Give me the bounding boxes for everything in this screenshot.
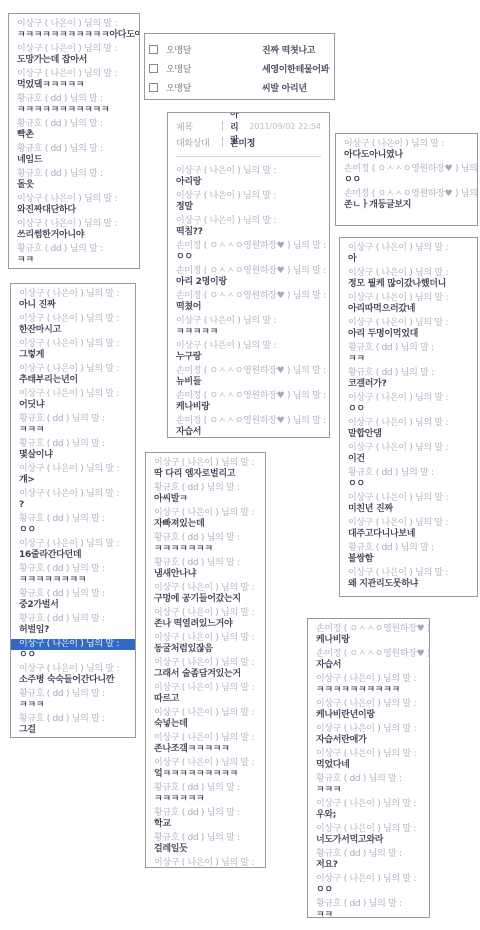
message-text: 대주고다니나보네 bbox=[348, 529, 469, 540]
message: 손미정 ( ㅇㅅㅅㅇ영원하장♥ ) 님의 말 :자습서 bbox=[176, 416, 321, 438]
message-text: ㅋㅋㅋ bbox=[19, 700, 127, 711]
message-author: 이상구 ( 나은이 ) 님의 말 : bbox=[348, 268, 469, 279]
message-author: 이상구 ( 나은이 ) 님의 말 : bbox=[19, 389, 127, 400]
message-author: 이상구 ( 나은이 ) 님의 말 : bbox=[154, 633, 257, 644]
message-author: 손미정 ( ㅇㅅㅅㅇ영원하장♥ ) 님의 말 : bbox=[176, 416, 321, 427]
message: 황규호 ( dd ) 님의 말 :걸레일듯 bbox=[154, 833, 257, 855]
message: 황규호 ( dd ) 님의 말 :ㅋㅋㅋ bbox=[19, 689, 127, 711]
message-author: 이상구 ( 나은이 ) 님의 말 : bbox=[17, 194, 131, 205]
message-author: 이상구 ( 나은이 ) 님의 말 : bbox=[19, 664, 127, 675]
message-author: 황규호 ( dd ) 님의 말 : bbox=[348, 343, 469, 354]
message-author: 황규호 ( dd ) 님의 말 : bbox=[19, 589, 127, 600]
memo-author: 오맹달 bbox=[166, 81, 262, 94]
message-author: 이상구 ( 나은이 ) 님의 말 : bbox=[176, 166, 321, 177]
message-author: 황규호 ( dd ) 님의 말 : bbox=[154, 483, 257, 494]
message-author: 이상구 ( 나은이 ) 님의 말 : bbox=[348, 518, 469, 529]
message: 이상구 ( 나은이 ) 님의 말 :도망가는데 잡아서 bbox=[17, 44, 131, 66]
message-text: 정모 뭘케 많이갔나했더니 bbox=[348, 279, 469, 290]
message: 손미정 ( ㅇㅅㅅㅇ영원하장♥ ) 님의 말 :케나비랑 bbox=[316, 624, 421, 646]
message-text: 따르고 bbox=[154, 694, 257, 705]
message-author: 황규호 ( dd ) 님의 말 : bbox=[348, 543, 469, 554]
message: 이상구 ( 나은이 ) 님의 말 :16줄라간다던데 bbox=[19, 539, 127, 561]
message-text: 와진짜대단하다 bbox=[17, 205, 131, 216]
message-text: 학교 bbox=[154, 819, 257, 830]
chat-window-panel: 제목 아리랑 2011/09/02 22:54 대화상대 손미정 이상구 ( 나… bbox=[167, 112, 330, 438]
message-text: 우와; bbox=[316, 810, 421, 821]
message-text: 허벌임? bbox=[19, 625, 127, 636]
message: 이상구 ( 나은이 ) 님의 말 :ㅋㅋㅋㅋㅋ bbox=[176, 316, 321, 338]
message: 이상구 ( 나은이 ) 님의 말 :구멍에 공기들어갔는지 bbox=[154, 583, 257, 605]
message: 황규호 ( dd ) 님의 말 :몇살이냐 bbox=[19, 439, 127, 461]
message-author: 황규호 ( dd ) 님의 말 : bbox=[316, 849, 421, 860]
message-text: 아리따먹으러갔네 bbox=[348, 304, 469, 315]
message: 이상구 ( 나은이 ) 님의 말 :ㅇㅇ bbox=[348, 393, 469, 415]
message-text: 저요? bbox=[316, 860, 421, 871]
message-text: ㅋㅋㅋㅋㅋㅋㅋㅋㅋㅋㅋ아다도아니였고 bbox=[17, 30, 131, 41]
memo-text: 세영이한테물어봐 bbox=[262, 62, 329, 75]
chat-log-panel-center-bottom: 이상구 ( 나은이 ) 님의 말 :딱 다리 엠자로벌리고황규호 ( dd ) … bbox=[145, 452, 266, 868]
message-text: 아다도아니였나 bbox=[344, 150, 469, 161]
message-text: ㅇㅇ bbox=[344, 175, 469, 186]
message-text: 케나비란년이랑 bbox=[316, 710, 421, 721]
message-author: 이상구 ( 나은이 ) 님의 말 : bbox=[176, 216, 321, 227]
message: 황규호 ( dd ) 님의 말 :ㅋㅋㅋㅋㅋㅋㅋㅋㅋㅋㅋ bbox=[17, 94, 131, 116]
message: 이상구 ( 나은이 ) 님의 말 :먹었댘ㅋㅋㅋㅋㅋ bbox=[17, 69, 131, 91]
message: 이상구 ( 나은이 ) 님의 말 :미친년 진짜 bbox=[348, 493, 469, 515]
message: 이상구 ( 나은이 ) 님의 말 :그렇게 bbox=[19, 339, 127, 361]
message: 황규호 ( dd ) 님의 말 :돌읏 bbox=[17, 169, 131, 191]
message: 이상구 ( 나은이 ) 님의 말 : bbox=[154, 858, 257, 868]
message: 이상구 ( 나은이 ) 님의 말 :이건 bbox=[348, 443, 469, 465]
message-author: 이상구 ( 나은이 ) 님의 말 : bbox=[154, 758, 257, 769]
message-author: 황규호 ( dd ) 님의 말 : bbox=[154, 558, 257, 569]
message-text: ㅋㅋㅋㅋㅋㅋㅋㅋㅋㅋㅋ bbox=[17, 105, 131, 116]
message-author: 이상구 ( 나은이 ) 님의 말 : bbox=[344, 139, 469, 150]
message-author: 이상구 ( 나은이 ) 님의 말 : bbox=[348, 393, 469, 404]
message-text: 케나비랑 bbox=[316, 635, 421, 646]
memo-row[interactable]: 오맹달세영이한테물어봐 bbox=[149, 59, 330, 78]
message-text: 불쌍함 bbox=[348, 554, 469, 565]
message-author: 손미정 ( ㅇㅅㅅㅇ영원하장♥ ) 님의 말 : bbox=[344, 189, 469, 200]
message-text: 아리랑 bbox=[176, 177, 321, 188]
message-text: 자빠져있는데 bbox=[154, 519, 257, 530]
message-text: 아니 진짜 bbox=[19, 300, 127, 311]
message-author: 황규호 ( dd ) 님의 말 : bbox=[19, 689, 127, 700]
message: 이상구 ( 나은이 ) 님의 말 :아 bbox=[348, 243, 469, 265]
memo-row[interactable]: 오맹달씨발 아리년 bbox=[149, 78, 330, 97]
message-text: 존나 떡열려있느거야 bbox=[154, 619, 257, 630]
message-text: 딱 다리 엠자로벌리고 bbox=[154, 469, 257, 480]
message-text: 중2가벌서 bbox=[19, 600, 127, 611]
message-author: 손미정 ( ㅇㅅㅅㅇ영원하장♥ ) 님의 말 : bbox=[176, 291, 321, 302]
chat-log-panel-right-bottom: 손미정 ( ㅇㅅㅅㅇ영원하장♥ ) 님의 말 :케나비랑손미정 ( ㅇㅅㅅㅇ영원… bbox=[307, 618, 430, 918]
message-author-selected[interactable]: 이상구 ( 나은이 ) 님의 말 : bbox=[11, 639, 135, 650]
message-text: 그래서 술좀담겨있는거 bbox=[154, 669, 257, 680]
message-author: 황규호 ( dd ) 님의 말 : bbox=[17, 169, 131, 180]
checkbox-icon[interactable] bbox=[149, 83, 158, 92]
message: 황규호 ( dd ) 님의 말 :코겔러가? bbox=[348, 368, 469, 390]
chat-log-panel-top-left: 이상구 ( 나은이 ) 님의 말 :ㅋㅋㅋㅋㅋㅋㅋㅋㅋㅋㅋ아다도아니였고이상구 … bbox=[8, 13, 140, 269]
message-author: 이상구 ( 나은이 ) 님의 말 : bbox=[154, 858, 257, 868]
checkbox-icon[interactable] bbox=[149, 45, 158, 54]
chat-log-panel-right-middle: 이상구 ( 나은이 ) 님의 말 :아이상구 ( 나은이 ) 님의 말 :정모 … bbox=[339, 237, 478, 597]
message-author: 이상구 ( 나은이 ) 님의 말 : bbox=[17, 19, 131, 30]
message-text: 자습서란애가 bbox=[316, 735, 421, 746]
message: 황규호 ( dd ) 님의 말 :그걸 bbox=[19, 714, 127, 736]
message-author: 이상구 ( 나은이 ) 님의 말 : bbox=[154, 708, 257, 719]
message: 이상구 ( 나은이 ) 님의 말 :? bbox=[19, 489, 127, 511]
memo-text: 씨발 아리년 bbox=[262, 81, 307, 94]
message-text: 아리 2명이랑 bbox=[176, 277, 321, 288]
message: 이상구 ( 나은이 ) 님의 말 :아리랑 bbox=[176, 166, 321, 188]
message: 이상구 ( 나은이 ) 님의 말 :그래서 술좀담겨있는거 bbox=[154, 658, 257, 680]
message-author: 손미정 ( ㅇㅅㅅㅇ영원하장♥ ) 님의 말 : bbox=[176, 266, 321, 277]
message-author: 이상구 ( 나은이 ) 님의 말 : bbox=[154, 508, 257, 519]
message: 이상구 ( 나은이 ) 님의 말 :자빠져있는데 bbox=[154, 508, 257, 530]
message-text: 걔> bbox=[19, 475, 127, 486]
message-author: 황규호 ( dd ) 님의 말 : bbox=[19, 564, 127, 575]
message-text: 말합안댐 bbox=[348, 429, 469, 440]
message-author: 이상구 ( 나은이 ) 님의 말 : bbox=[316, 749, 421, 760]
message-author: 황규호 ( dd ) 님의 말 : bbox=[17, 244, 131, 255]
message-author: 이상구 ( 나은이 ) 님의 말 : bbox=[316, 674, 421, 685]
message: 황규호 ( dd ) 님의 말 :불쌍함 bbox=[348, 543, 469, 565]
message-author: 이상구 ( 나은이 ) 님의 말 : bbox=[154, 583, 257, 594]
message-author: 이상구 ( 나은이 ) 님의 말 : bbox=[176, 316, 321, 327]
message: 황규호 ( dd ) 님의 말 :빡촌 bbox=[17, 119, 131, 141]
message-author: 황규호 ( dd ) 님의 말 : bbox=[316, 774, 421, 785]
message-author: 황규호 ( dd ) 님의 말 : bbox=[348, 468, 469, 479]
header-separator bbox=[222, 121, 223, 131]
message: 이상구 ( 나은이 ) 님의 말 :ㅋㅋㅋㅋㅋㅋㅋㅋㅋㅋㅋ아다도아니였고 bbox=[17, 19, 131, 41]
message-author: 이상구 ( 나은이 ) 님의 말 : bbox=[17, 44, 131, 55]
message-author: 이상구 ( 나은이 ) 님의 말 : bbox=[316, 724, 421, 735]
message-text: 어딧냐 bbox=[19, 400, 127, 411]
message: 이상구 ( 나은이 ) 님의 말 :ㅇㅇ bbox=[19, 639, 127, 661]
message-author: 손미정 ( ㅇㅅㅅㅇ영원하장♥ ) 님의 말 : bbox=[176, 366, 321, 377]
message-text: ㅇㅇ bbox=[348, 479, 469, 490]
message-text: ? bbox=[19, 500, 127, 511]
message: 황규호 ( dd ) 님의 말 :냄새안나냐 bbox=[154, 558, 257, 580]
message-author: 황규호 ( dd ) 님의 말 : bbox=[154, 808, 257, 819]
message-text: 미친년 진짜 bbox=[348, 504, 469, 515]
message-text: 추태부리는년이 bbox=[19, 375, 127, 386]
message-text: 돌읏 bbox=[17, 180, 131, 191]
message-text: 누구랑 bbox=[176, 352, 321, 363]
message-author: 황규호 ( dd ) 님의 말 : bbox=[19, 714, 127, 725]
message-author: 이상구 ( 나은이 ) 님의 말 : bbox=[348, 418, 469, 429]
message-text: 뉴비들 bbox=[176, 377, 321, 388]
message: 손미정 ( ㅇㅅㅅㅇ영원하장♥ ) 님의 말 :아리 2명이랑 bbox=[176, 266, 321, 288]
message-author: 이상구 ( 나은이 ) 님의 말 : bbox=[154, 458, 257, 469]
message-author: 황규호 ( dd ) 님의 말 : bbox=[19, 414, 127, 425]
message: 이상구 ( 나은이 ) 님의 말 :쓰리썸한거아니야 bbox=[17, 219, 131, 241]
message-author: 이상구 ( 나은이 ) 님의 말 : bbox=[316, 799, 421, 810]
message-text: 엌ㅋㅋㅋㅋㅋㅋㅋㅋㅋ bbox=[154, 769, 257, 780]
message: 이상구 ( 나은이 ) 님의 말 :너도가서먹고와라 bbox=[316, 824, 421, 846]
message: 손미정 ( ㅇㅅㅅㅇ영원하장♥ ) 님의 말 :ㅇㅇ bbox=[344, 164, 469, 186]
message-text: ㅋㅋ bbox=[316, 910, 421, 918]
message-text: 존ㄴㅏ개둥글보지 bbox=[344, 200, 469, 211]
message: 이상구 ( 나은이 ) 님의 말 :먹었다네 bbox=[316, 749, 421, 771]
message-text: ㅇㅇ bbox=[19, 650, 127, 661]
message-text: ㅋㅋㅋ bbox=[19, 425, 127, 436]
message-author: 이상구 ( 나은이 ) 님의 말 : bbox=[17, 219, 131, 230]
message: 이상구 ( 나은이 ) 님의 말 :한잔마시고 bbox=[19, 314, 127, 336]
message-text: 그걸 bbox=[19, 725, 127, 736]
message: 이상구 ( 나은이 ) 님의 말 :대주고다니나보네 bbox=[348, 518, 469, 540]
message: 이상구 ( 나은이 ) 님의 말 :동굴처럼있잖음 bbox=[154, 633, 257, 655]
message: 이상구 ( 나은이 ) 님의 말 :정모 뭘케 많이갔나했더니 bbox=[348, 268, 469, 290]
header-separator bbox=[222, 137, 223, 147]
message: 이상구 ( 나은이 ) 님의 말 :아리 두명이먹었대 bbox=[348, 318, 469, 340]
message-author: 황규호 ( dd ) 님의 말 : bbox=[154, 533, 257, 544]
message-text: 네임드 bbox=[17, 155, 131, 166]
message-list: 이상구 ( 나은이 ) 님의 말 :아리랑이상구 ( 나은이 ) 님의 말 :정… bbox=[176, 166, 321, 438]
message-author: 황규호 ( dd ) 님의 말 : bbox=[17, 94, 131, 105]
message: 황규호 ( dd ) 님의 말 :ㅇㅇ bbox=[348, 468, 469, 490]
message-text: 왜 지관리도못하냐 bbox=[348, 579, 469, 590]
message-text: 빡촌 bbox=[17, 130, 131, 141]
message-author: 황규호 ( dd ) 님의 말 : bbox=[19, 614, 127, 625]
memo-author: 오맹달 bbox=[166, 62, 262, 75]
message: 이상구 ( 나은이 ) 님의 말 :아니 진짜 bbox=[19, 289, 127, 311]
message-author: 황규호 ( dd ) 님의 말 : bbox=[19, 514, 127, 525]
message-text: 존나조갴ㅋㅋㅋㅋㅋ bbox=[154, 744, 257, 755]
message: 이상구 ( 나은이 ) 님의 말 :추태부리는년이 bbox=[19, 364, 127, 386]
message: 손미정 ( ㅇㅅㅅㅇ영원하장♥ ) 님의 말 :자습서 bbox=[316, 649, 421, 671]
message: 황규호 ( dd ) 님의 말 :ㅋㅋㅋ bbox=[316, 774, 421, 796]
message: 이상구 ( 나은이 ) 님의 말 :누구랑 bbox=[176, 341, 321, 363]
message: 이상구 ( 나은이 ) 님의 말 :걔> bbox=[19, 464, 127, 486]
message-author: 이상구 ( 나은이 ) 님의 말 : bbox=[19, 339, 127, 350]
message-author: 황규호 ( dd ) 님의 말 : bbox=[19, 439, 127, 450]
message-author: 이상구 ( 나은이 ) 님의 말 : bbox=[316, 824, 421, 835]
message: 황규호 ( dd ) 님의 말 :중2가벌서 bbox=[19, 589, 127, 611]
message-author: 이상구 ( 나은이 ) 님의 말 : bbox=[19, 489, 127, 500]
message-author: 이상구 ( 나은이 ) 님의 말 : bbox=[154, 683, 257, 694]
message: 황규호 ( dd ) 님의 말 :ㅋㅋ bbox=[348, 343, 469, 365]
message: 황규호 ( dd ) 님의 말 :ㅋㅋㅋ bbox=[19, 414, 127, 436]
message-text: ㅋㅋㅋㅋㅋㅋㅋ bbox=[154, 544, 257, 555]
message: 이상구 ( 나은이 ) 님의 말 :ㅇㅇ bbox=[316, 874, 421, 896]
message-author: 이상구 ( 나은이 ) 님의 말 : bbox=[19, 464, 127, 475]
message-author: 이상구 ( 나은이 ) 님의 말 : bbox=[348, 568, 469, 579]
message: 이상구 ( 나은이 ) 님의 말 :아다도아니였나 bbox=[344, 139, 469, 161]
header-divider bbox=[176, 156, 321, 157]
message-author: 황규호 ( dd ) 님의 말 : bbox=[154, 783, 257, 794]
memo-list-panel: 오맹달진짜 떡쳣나고오맹달세영이한테물어봐오맹달씨발 아리년 bbox=[144, 33, 335, 100]
message-text: 도망가는데 잡아서 bbox=[17, 55, 131, 66]
message-text: 자습서 bbox=[176, 427, 321, 438]
message-author: 이상구 ( 나은이 ) 님의 말 : bbox=[316, 699, 421, 710]
message-author: 이상구 ( 나은이 ) 님의 말 : bbox=[348, 443, 469, 454]
message-text: 이건 bbox=[348, 454, 469, 465]
message: 이상구 ( 나은이 ) 님의 말 :떡침?? bbox=[176, 216, 321, 238]
checkbox-icon[interactable] bbox=[149, 64, 158, 73]
timestamp: 2011/09/02 22:54 bbox=[249, 122, 321, 131]
message: 황규호 ( dd ) 님의 말 :ㅋㅋㅋㅋㅋㅋㅋ bbox=[154, 533, 257, 555]
message-author: 손미정 ( ㅇㅅㅅㅇ영원하장♥ ) 님의 말 : bbox=[316, 649, 421, 660]
message-text: ㅋㅋㅋㅋㅋㅋㅋㅋ bbox=[19, 575, 127, 586]
chat-screenshot-collage: 이상구 ( 나은이 ) 님의 말 :ㅋㅋㅋㅋㅋㅋㅋㅋㅋㅋㅋ아다도아니였고이상구 … bbox=[0, 0, 480, 930]
message-text: 그렇게 bbox=[19, 350, 127, 361]
message-author: 황규호 ( dd ) 님의 말 : bbox=[154, 833, 257, 844]
message-text: 한잔마시고 bbox=[19, 325, 127, 336]
message: 손미정 ( ㅇㅅㅅㅇ영원하장♥ ) 님의 말 :ㅇㅇ bbox=[176, 241, 321, 263]
message-author: 황규호 ( dd ) 님의 말 : bbox=[348, 368, 469, 379]
message: 황규호 ( dd ) 님의 말 :ㅋㅋ bbox=[17, 244, 131, 266]
subject-row: 제목 아리랑 2011/09/02 22:54 bbox=[176, 118, 321, 134]
participant-row: 대화상대 손미정 bbox=[176, 134, 321, 150]
message-text: ㅋㅋ bbox=[348, 354, 469, 365]
message: 황규호 ( dd ) 님의 말 :ㅋㅋㅋㅋㅋㅋ bbox=[154, 783, 257, 805]
message-author: 이상구 ( 나은이 ) 님의 말 : bbox=[154, 733, 257, 744]
message-author: 이상구 ( 나은이 ) 님의 말 : bbox=[348, 493, 469, 504]
message-text: 먹었다네 bbox=[316, 760, 421, 771]
memo-text: 진짜 떡쳣나고 bbox=[262, 43, 315, 56]
message: 황규호 ( dd ) 님의 말 :아씨발ㅋ bbox=[154, 483, 257, 505]
memo-author: 오맹달 bbox=[166, 43, 262, 56]
message-text: 동굴처럼있잖음 bbox=[154, 644, 257, 655]
message-text: ㅋㅋㅋㅋㅋㅋ bbox=[154, 794, 257, 805]
message-text: 먹었댘ㅋㅋㅋㅋㅋ bbox=[17, 80, 131, 91]
message: 황규호 ( dd ) 님의 말 :허벌임? bbox=[19, 614, 127, 636]
message: 이상구 ( 나은이 ) 님의 말 :엌ㅋㅋㅋㅋㅋㅋㅋㅋㅋ bbox=[154, 758, 257, 780]
message-author: 이상구 ( 나은이 ) 님의 말 : bbox=[17, 69, 131, 80]
message-author: 이상구 ( 나은이 ) 님의 말 : bbox=[19, 539, 127, 550]
message-author: 손미정 ( ㅇㅅㅅㅇ영원하장♥ ) 님의 말 : bbox=[176, 241, 321, 252]
message-author: 이상구 ( 나은이 ) 님의 말 : bbox=[348, 293, 469, 304]
message-text: 정말 bbox=[176, 202, 321, 213]
message-author: 이상구 ( 나은이 ) 님의 말 : bbox=[19, 289, 127, 300]
message-text: 코겔러가? bbox=[348, 379, 469, 390]
message: 황규호 ( dd ) 님의 말 :ㅋㅋㅋㅋㅋㅋㅋㅋ bbox=[19, 564, 127, 586]
message: 손미정 ( ㅇㅅㅅㅇ영원하장♥ ) 님의 말 :케나비랑 bbox=[176, 391, 321, 413]
message-text: ㅋㅋㅋ bbox=[316, 785, 421, 796]
message-author: 황규호 ( dd ) 님의 말 : bbox=[17, 119, 131, 130]
message-author: 이상구 ( 나은이 ) 님의 말 : bbox=[154, 608, 257, 619]
message-text: 냄새안나냐 bbox=[154, 569, 257, 580]
message-text: 아씨발ㅋ bbox=[154, 494, 257, 505]
message: 이상구 ( 나은이 ) 님의 말 :아리따먹으러갔네 bbox=[348, 293, 469, 315]
message-author: 황규호 ( dd ) 님의 말 : bbox=[17, 144, 131, 155]
message-author: 황규호 ( dd ) 님의 말 : bbox=[316, 899, 421, 910]
message-text: ㅇㅇ bbox=[176, 252, 321, 263]
message: 황규호 ( dd ) 님의 말 :저요? bbox=[316, 849, 421, 871]
message: 황규호 ( dd ) 님의 말 :ㅋㅋ bbox=[316, 899, 421, 918]
message-author: 손미정 ( ㅇㅅㅅㅇ영원하장♥ ) 님의 말 : bbox=[176, 391, 321, 402]
message-author: 이상구 ( 나은이 ) 님의 말 : bbox=[348, 318, 469, 329]
message: 이상구 ( 나은이 ) 님의 말 :어딧냐 bbox=[19, 389, 127, 411]
chat-log-panel-right-top: 이상구 ( 나은이 ) 님의 말 :아다도아니였나손미정 ( ㅇㅅㅅㅇ영원하장♥… bbox=[335, 133, 478, 226]
message-text: 아 bbox=[348, 254, 469, 265]
message-text: ㅋㅋㅋㅋㅋㅋㅋㅋㅋㅋ bbox=[316, 685, 421, 696]
message-author: 이상구 ( 나은이 ) 님의 말 : bbox=[154, 658, 257, 669]
message-text: 떡침?? bbox=[176, 227, 321, 238]
message: 황규호 ( dd ) 님의 말 :네임드 bbox=[17, 144, 131, 166]
message: 이상구 ( 나은이 ) 님의 말 :따르고 bbox=[154, 683, 257, 705]
message-text: 몇살이냐 bbox=[19, 450, 127, 461]
message: 이상구 ( 나은이 ) 님의 말 :소주병 숙숙들어간다니깐 bbox=[19, 664, 127, 686]
message-author: 손미정 ( ㅇㅅㅅㅇ영원하장♥ ) 님의 말 : bbox=[316, 624, 421, 635]
message: 이상구 ( 나은이 ) 님의 말 :우와; bbox=[316, 799, 421, 821]
message-text: 구멍에 공기들어갔는지 bbox=[154, 594, 257, 605]
message: 이상구 ( 나은이 ) 님의 말 :케나비란년이랑 bbox=[316, 699, 421, 721]
subject-label: 제목 bbox=[176, 120, 222, 133]
message-text: ㅋㅋㅋㅋㅋ bbox=[176, 327, 321, 338]
chat-log-panel-left-bottom: 이상구 ( 나은이 ) 님의 말 :아니 진짜이상구 ( 나은이 ) 님의 말 … bbox=[10, 283, 136, 738]
message-author: 이상구 ( 나은이 ) 님의 말 : bbox=[19, 364, 127, 375]
message: 이상구 ( 나은이 ) 님의 말 :존나 떡열려있느거야 bbox=[154, 608, 257, 630]
message-author: 이상구 ( 나은이 ) 님의 말 : bbox=[19, 314, 127, 325]
message-text: 아리 두명이먹었대 bbox=[348, 329, 469, 340]
memo-row[interactable]: 오맹달진짜 떡쳣나고 bbox=[149, 40, 330, 59]
message: 이상구 ( 나은이 ) 님의 말 :와진짜대단하다 bbox=[17, 194, 131, 216]
message-text: 자습서 bbox=[316, 660, 421, 671]
message-author: 이상구 ( 나은이 ) 님의 말 : bbox=[316, 874, 421, 885]
message: 황규호 ( dd ) 님의 말 :학교 bbox=[154, 808, 257, 830]
message: 이상구 ( 나은이 ) 님의 말 :말합안댐 bbox=[348, 418, 469, 440]
message-text: 걸레일듯 bbox=[154, 844, 257, 855]
message: 이상구 ( 나은이 ) 님의 말 :ㅋㅋㅋㅋㅋㅋㅋㅋㅋㅋ bbox=[316, 674, 421, 696]
message-text: 케나비랑 bbox=[176, 402, 321, 413]
message-text: ㅋㅋ bbox=[17, 255, 131, 266]
message: 이상구 ( 나은이 ) 님의 말 :정말 bbox=[176, 191, 321, 213]
message-text: ㅇㅇ bbox=[19, 525, 127, 536]
message: 손미정 ( ㅇㅅㅅㅇ영원하장♥ ) 님의 말 :존ㄴㅏ개둥글보지 bbox=[344, 189, 469, 211]
message-text: ㅇㅇ bbox=[316, 885, 421, 896]
message-author: 손미정 ( ㅇㅅㅅㅇ영원하장♥ ) 님의 말 : bbox=[344, 164, 469, 175]
message: 이상구 ( 나은이 ) 님의 말 :숙넣는데 bbox=[154, 708, 257, 730]
message: 황규호 ( dd ) 님의 말 :ㅇㅇ bbox=[19, 514, 127, 536]
participant-label: 대화상대 bbox=[176, 136, 222, 149]
message: 손미정 ( ㅇㅅㅅㅇ영원하장♥ ) 님의 말 :떡쳤어 bbox=[176, 291, 321, 313]
message: 손미정 ( ㅇㅅㅅㅇ영원하장♥ ) 님의 말 :뉴비들 bbox=[176, 366, 321, 388]
message: 이상구 ( 나은이 ) 님의 말 :딱 다리 엠자로벌리고 bbox=[154, 458, 257, 480]
message-text: 소주병 숙숙들어간다니깐 bbox=[19, 675, 127, 686]
message-text: 숙넣는데 bbox=[154, 719, 257, 730]
participant-value: 손미정 bbox=[230, 136, 255, 149]
message-text: 너도가서먹고와라 bbox=[316, 835, 421, 846]
message-author: 이상구 ( 나은이 ) 님의 말 : bbox=[176, 191, 321, 202]
message-text: 16줄라간다던데 bbox=[19, 550, 127, 561]
message: 이상구 ( 나은이 ) 님의 말 :존나조갴ㅋㅋㅋㅋㅋ bbox=[154, 733, 257, 755]
message-author: 이상구 ( 나은이 ) 님의 말 : bbox=[176, 341, 321, 352]
message-text: 쓰리썸한거아니야 bbox=[17, 230, 131, 241]
message-text: ㅇㅇ bbox=[348, 404, 469, 415]
message: 이상구 ( 나은이 ) 님의 말 :자습서란애가 bbox=[316, 724, 421, 746]
message: 이상구 ( 나은이 ) 님의 말 :왜 지관리도못하냐 bbox=[348, 568, 469, 590]
message-text: 떡쳤어 bbox=[176, 302, 321, 313]
message-author: 이상구 ( 나은이 ) 님의 말 : bbox=[348, 243, 469, 254]
